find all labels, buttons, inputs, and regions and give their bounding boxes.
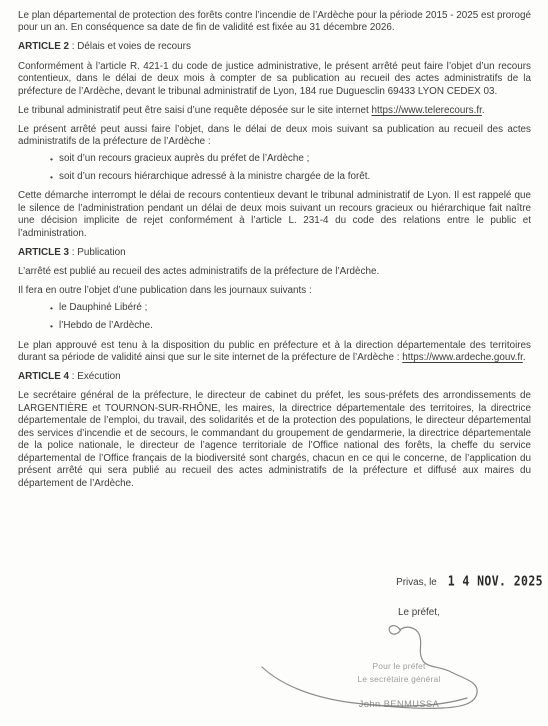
article-2-title: : Délais et voies de recours <box>69 41 191 52</box>
place-label: Privas, le <box>396 577 437 588</box>
article-3-title: : Publication <box>69 247 126 258</box>
signatory-title: Le préfet, <box>398 607 440 619</box>
article-3-label: ARTICLE 3 <box>18 247 69 258</box>
delegation-stamp: Pour le préfet Le secrétaire général <box>344 660 454 685</box>
paragraph-journaux-intro: Il fera en outre l’objet d’une publicati… <box>18 285 531 297</box>
telerecours-text: Le tribunal administratif peut être sais… <box>18 105 369 116</box>
date-stamp: 1 4 NOV. 2025 <box>448 574 543 588</box>
paragraph-recours-contentieux: Conformément à l’article R. 421-1 du cod… <box>18 61 531 98</box>
date-line: Privas, le1 4 NOV. 2025 <box>396 575 543 589</box>
list-item-recours-hierarchique: soit d’un recours hiérarchique adressé à… <box>50 171 531 183</box>
recours-options-list: soit d’un recours gracieux auprès du pré… <box>18 153 531 183</box>
paragraph-prorogation: Le plan départemental de protection des … <box>18 10 531 35</box>
article-3-heading: ARTICLE 3 : Publication <box>18 247 531 259</box>
stamp-line-pour-le-prefet: Pour le préfet <box>344 660 454 673</box>
article-2-heading: ARTICLE 2 : Délais et voies de recours <box>18 41 531 53</box>
article-4-label: ARTICLE 4 <box>18 371 69 382</box>
paragraph-demarche: Cette démarche interrompt le délai de re… <box>18 190 531 240</box>
paragraph-execution: Le secrétaire général de la préfecture, … <box>18 390 531 490</box>
list-item-hebdo: l’Hebdo de l’Ardèche. <box>50 320 531 332</box>
list-item-recours-gracieux: soit d’un recours gracieux auprès du pré… <box>50 153 531 165</box>
article-2-label: ARTICLE 2 <box>18 41 69 52</box>
telerecours-link[interactable]: https://www.telerecours.fr <box>372 105 482 116</box>
paragraph-telerecours: Le tribunal administratif peut être sais… <box>18 105 531 117</box>
paragraph-recours-intro: Le présent arrêté peut aussi faire l’obj… <box>18 124 531 149</box>
plan-disposition-period: . <box>523 352 526 363</box>
signatory-name: John BENMUSSA <box>344 698 454 710</box>
ardeche-website-link[interactable]: https://www.ardeche.gouv.fr <box>402 352 523 363</box>
article-4-title: : Exécution <box>69 371 121 382</box>
paragraph-publication-raa: L’arrêté est publié au recueil des actes… <box>18 266 531 278</box>
telerecours-period: . <box>482 105 485 116</box>
stamp-line-secretaire-general: Le secrétaire général <box>344 673 454 686</box>
article-4-heading: ARTICLE 4 : Exécution <box>18 371 531 383</box>
paragraph-plan-disposition: Le plan approuvé est tenu à la dispositi… <box>18 340 531 365</box>
journaux-list: le Dauphiné Libéré ; l’Hebdo de l’Ardèch… <box>18 302 531 332</box>
document-page: Le plan départemental de protection des … <box>0 0 548 726</box>
list-item-dauphine: le Dauphiné Libéré ; <box>50 302 531 314</box>
